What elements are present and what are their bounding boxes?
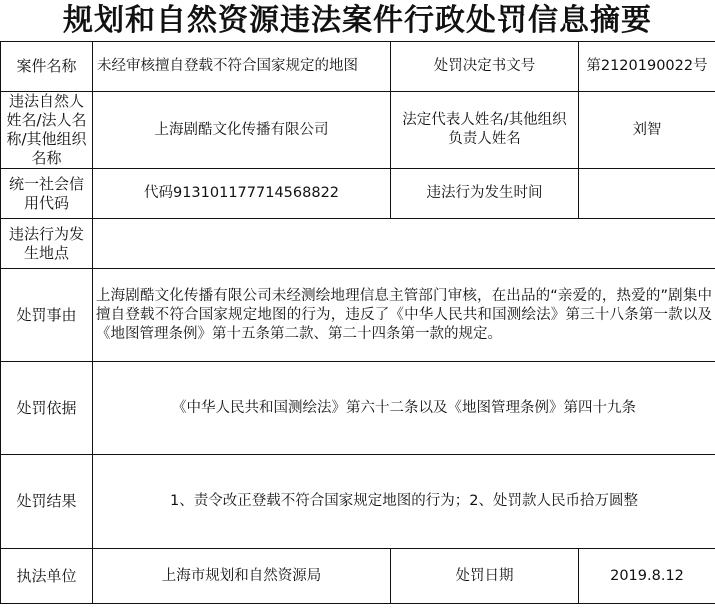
enforcement-agency-value: 上海市规划和自然资源局: [93, 549, 391, 604]
penalty-basis-label: 处罚依据: [1, 362, 93, 455]
violation-time-value: [579, 169, 715, 219]
decision-number-value: 第2120190022号: [579, 42, 715, 92]
case-name-label: 案件名称: [1, 42, 93, 92]
penalty-result-label: 处罚结果: [1, 455, 93, 549]
violation-location-label: 违法行为发生地点: [1, 219, 93, 269]
legal-rep-label: 法定代表人姓名/其他组织负责人姓名: [391, 92, 579, 169]
penalty-reason-value: 上海剧酷文化传播有限公司未经测绘地理信息主管部门审核，在出品的“亲爱的，热爱的”…: [93, 269, 715, 362]
violation-location-value: [93, 219, 715, 269]
row-credit-code: 统一社会信用代码 代码913101177714568822 违法行为发生时间: [1, 169, 715, 219]
row-location: 违法行为发生地点: [1, 219, 715, 269]
penalty-result-value: 1、责令改正登载不符合国家规定地图的行为；2、处罚款人民币拾万圆整: [93, 455, 715, 549]
legal-rep-value: 刘智: [579, 92, 715, 169]
case-name-value: 未经审核擅自登载不符合国家规定的地图: [93, 42, 391, 92]
penalty-info-table: 案件名称 未经审核擅自登载不符合国家规定的地图 处罚决定书文号 第2120190…: [0, 41, 715, 604]
row-basis: 处罚依据 《中华人民共和国测绘法》第六十二条以及《地图管理条例》第四十九条: [1, 362, 715, 455]
row-reason: 处罚事由 上海剧酷文化传播有限公司未经测绘地理信息主管部门审核，在出品的“亲爱的…: [1, 269, 715, 362]
party-name-value: 上海剧酷文化传播有限公司: [93, 92, 391, 169]
row-result: 处罚结果 1、责令改正登载不符合国家规定地图的行为；2、处罚款人民币拾万圆整: [1, 455, 715, 549]
penalty-date-value: 2019.8.12: [579, 549, 715, 604]
row-agency: 执法单位 上海市规划和自然资源局 处罚日期 2019.8.12: [1, 549, 715, 604]
row-party: 违法自然人姓名/法人名称/其他组织名称 上海剧酷文化传播有限公司 法定代表人姓名…: [1, 92, 715, 169]
penalty-basis-value: 《中华人民共和国测绘法》第六十二条以及《地图管理条例》第四十九条: [93, 362, 715, 455]
row-case-name: 案件名称 未经审核擅自登载不符合国家规定的地图 处罚决定书文号 第2120190…: [1, 42, 715, 92]
document-title: 规划和自然资源违法案件行政处罚信息摘要: [0, 0, 715, 41]
penalty-reason-label: 处罚事由: [1, 269, 93, 362]
enforcement-agency-label: 执法单位: [1, 549, 93, 604]
penalty-date-label: 处罚日期: [391, 549, 579, 604]
decision-number-label: 处罚决定书文号: [391, 42, 579, 92]
credit-code-value: 代码913101177714568822: [93, 169, 391, 219]
violation-time-label: 违法行为发生时间: [391, 169, 579, 219]
credit-code-label: 统一社会信用代码: [1, 169, 93, 219]
party-name-label: 违法自然人姓名/法人名称/其他组织名称: [1, 92, 93, 169]
